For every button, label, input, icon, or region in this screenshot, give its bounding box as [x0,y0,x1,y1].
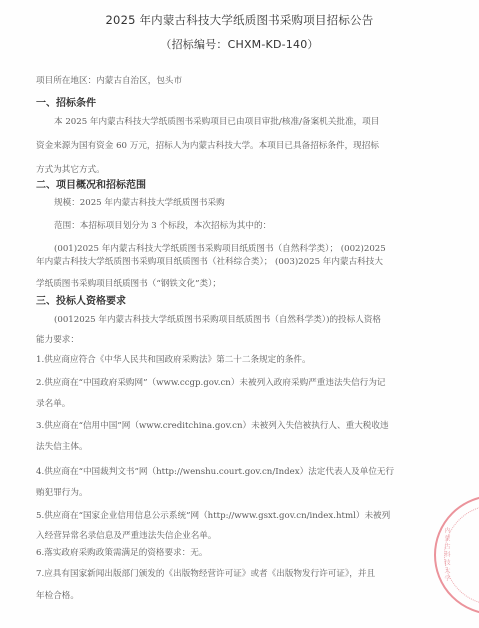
official-seal-stamp: 内蒙古科技大学 [434,495,479,615]
section-heading-tender-conditions: 一、招标条件 [36,94,96,109]
section-2-line-4: 年内蒙古科技大学纸质图书采购项目纸质图书（社科综合类）； (003)2025 年… [36,256,383,268]
requirement-4: 4.供应商在“中国裁判文书”网（http://wenshu.court.gov.… [36,466,394,478]
tender-number: （招标编号：CHXM-KD-140） [0,36,479,52]
document-page: 2025 年内蒙古科技大学纸质图书采购项目招标公告 （招标编号：CHXM-KD-… [0,0,479,628]
section-1-line-1: 本 2025 年内蒙古科技大学纸质图书采购项目已由项目审批/核准/备案机关批准，… [54,116,379,128]
requirement-7-cont: 年检合格。 [36,590,79,602]
section-1-line-3: 方式为其它方式。 [36,164,105,176]
section-2-line-1: 规模：2025 年内蒙古科技大学纸质图书采购 [54,197,225,209]
section-2-line-5: 学纸质图书采购项目纸质图书（“钢铁文化”类）； [36,278,221,290]
requirement-3: 3.供应商在“信用中国”网（www.creditchina.gov.cn）未被列… [36,420,389,432]
requirement-5: 5.供应商在“国家企业信用信息公示系统”网（http://www.gsxt.go… [36,510,390,522]
requirement-5-cont: 入经营异常名录信息及严重违法失信企业名单。 [36,530,216,542]
section-3-line-2: 能力要求： [36,334,79,346]
section-heading-bidder-qualifications: 三、投标人资格要求 [36,292,126,307]
section-1-line-2: 资金来源为国有资金 60 万元，招标人为内蒙古科技大学。本项目已具备招标条件，现… [36,140,379,152]
seal-text: 内蒙古科技大学 [442,527,451,583]
section-2-line-2: 范围：本招标项目划分为 3 个标段，本次招标为其中的： [54,220,271,232]
requirement-1: 1.供应商应符合《中华人民共和国政府采购法》第二十二条规定的条件。 [36,354,311,366]
requirement-4-cont: 贿犯罪行为。 [36,487,88,499]
section-2-line-3: (001)2025 年内蒙古科技大学纸质图书采购项目纸质图书（自然科学类）； (… [54,243,386,255]
requirement-2-cont: 录名单。 [36,398,70,410]
project-location: 项目所在地区：内蒙古自治区，包头市 [36,75,182,87]
requirement-7: 7.应具有国家新闻出版部门颁发的《出版物经营许可证》或者《出版物发行许可证》，并… [36,568,375,580]
requirement-2: 2.供应商在“中国政府采购网”（www.ccgp.gov.cn）未被列入政府采购… [36,377,386,389]
requirement-6: 6.落实政府采购政策需满足的资格要求：无。 [36,547,207,559]
section-3-line-1: (0012025 年内蒙古科技大学纸质图书采购项目纸质图书（自然科学类）)的投标… [54,314,381,326]
section-heading-project-overview: 二、项目概况和招标范围 [36,176,146,191]
document-title: 2025 年内蒙古科技大学纸质图书采购项目招标公告 [0,12,479,28]
requirement-3-cont: 法失信主体。 [36,441,88,453]
